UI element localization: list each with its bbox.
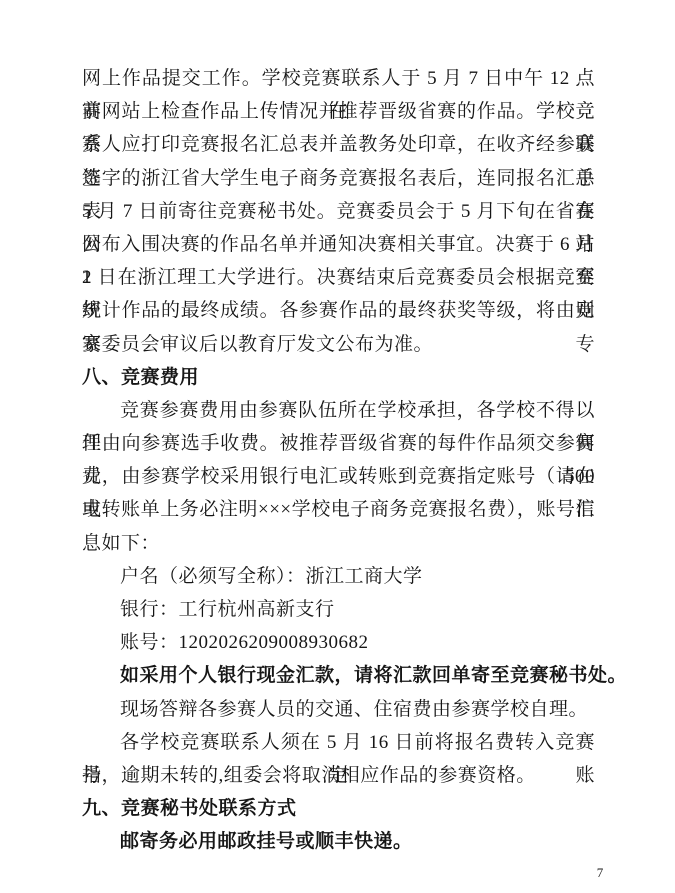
body-line: 公布入围决赛的作品名单并通知决赛相关事宜。决赛于 6 月 1 至 bbox=[82, 228, 595, 261]
mailing-note-line: 邮寄务必用邮政挂号或顺丰快递。 bbox=[82, 825, 595, 858]
body-line: 息如下： bbox=[82, 527, 595, 560]
bank-line: 银行：工行杭州高新支行 bbox=[82, 593, 595, 626]
remittance-note-line: 如采用个人银行现金汇款，请将汇款回单寄至竞赛秘书处。 bbox=[82, 659, 595, 692]
body-line: 元，由参赛学校采用银行电汇或转账到竞赛指定账号（请在电汇 bbox=[82, 460, 595, 493]
page-number: 7 bbox=[590, 864, 610, 882]
body-line: 网上作品提交工作。学校竞赛联系人于 5 月 7 日中午 12 点前在竞 bbox=[82, 62, 595, 95]
body-line: 竞赛参赛费用由参赛队伍所在学校承担，各学校不得以任何 bbox=[82, 394, 595, 427]
body-line: 各学校竞赛联系人须在 5 月 16 日前将报名费转入竞赛指定账 bbox=[82, 726, 595, 759]
section-heading-fees: 八、竞赛费用 bbox=[82, 361, 595, 394]
body-line: 赛网站上检查作品上传情况并推荐晋级省赛的作品。学校竞赛联 bbox=[82, 95, 595, 128]
body-line: 签字的浙江省大学生电子商务竞赛报名表后，连同报名汇总表在 bbox=[82, 162, 595, 195]
body-line: 号，逾期未转的,组委会将取消相应作品的参赛资格。 bbox=[82, 759, 595, 792]
section-heading-contact: 九、竞赛秘书处联系方式 bbox=[82, 792, 595, 825]
document-body: 网上作品提交工作。学校竞赛联系人于 5 月 7 日中午 12 点前在竞 赛网站上… bbox=[82, 62, 595, 859]
travel-expense-line: 现场答辩各参赛人员的交通、住宿费由参赛学校自理。 bbox=[82, 693, 595, 726]
account-holder-line: 户名（必须写全称）：浙江工商大学 bbox=[82, 560, 595, 593]
body-line: 系人应打印竞赛报名汇总表并盖教务处印章，在收齐经参赛选手 bbox=[82, 128, 595, 161]
body-line: 统计作品的最终成绩。各参赛作品的最终获奖等级，将由竞赛专 bbox=[82, 294, 595, 327]
body-line: 或转账单上务必注明×××学校电子商务竞赛报名费），账号信 bbox=[82, 493, 595, 526]
body-line: 理由向参赛选手收费。被推荐晋级省赛的每件作品须交参赛费 500 bbox=[82, 427, 595, 460]
document-page: 网上作品提交工作。学校竞赛联系人于 5 月 7 日中午 12 点前在竞 赛网站上… bbox=[0, 0, 675, 893]
account-number-line: 账号：1202026209008930682 bbox=[82, 626, 595, 659]
body-line: 5 月 7 日前寄往竞赛秘书处。竞赛委员会于 5 月下旬在省赛网站 bbox=[82, 195, 595, 228]
body-line: 2 日在浙江理工大学进行。决赛结束后竞赛委员会根据竞赛规则 bbox=[82, 261, 595, 294]
